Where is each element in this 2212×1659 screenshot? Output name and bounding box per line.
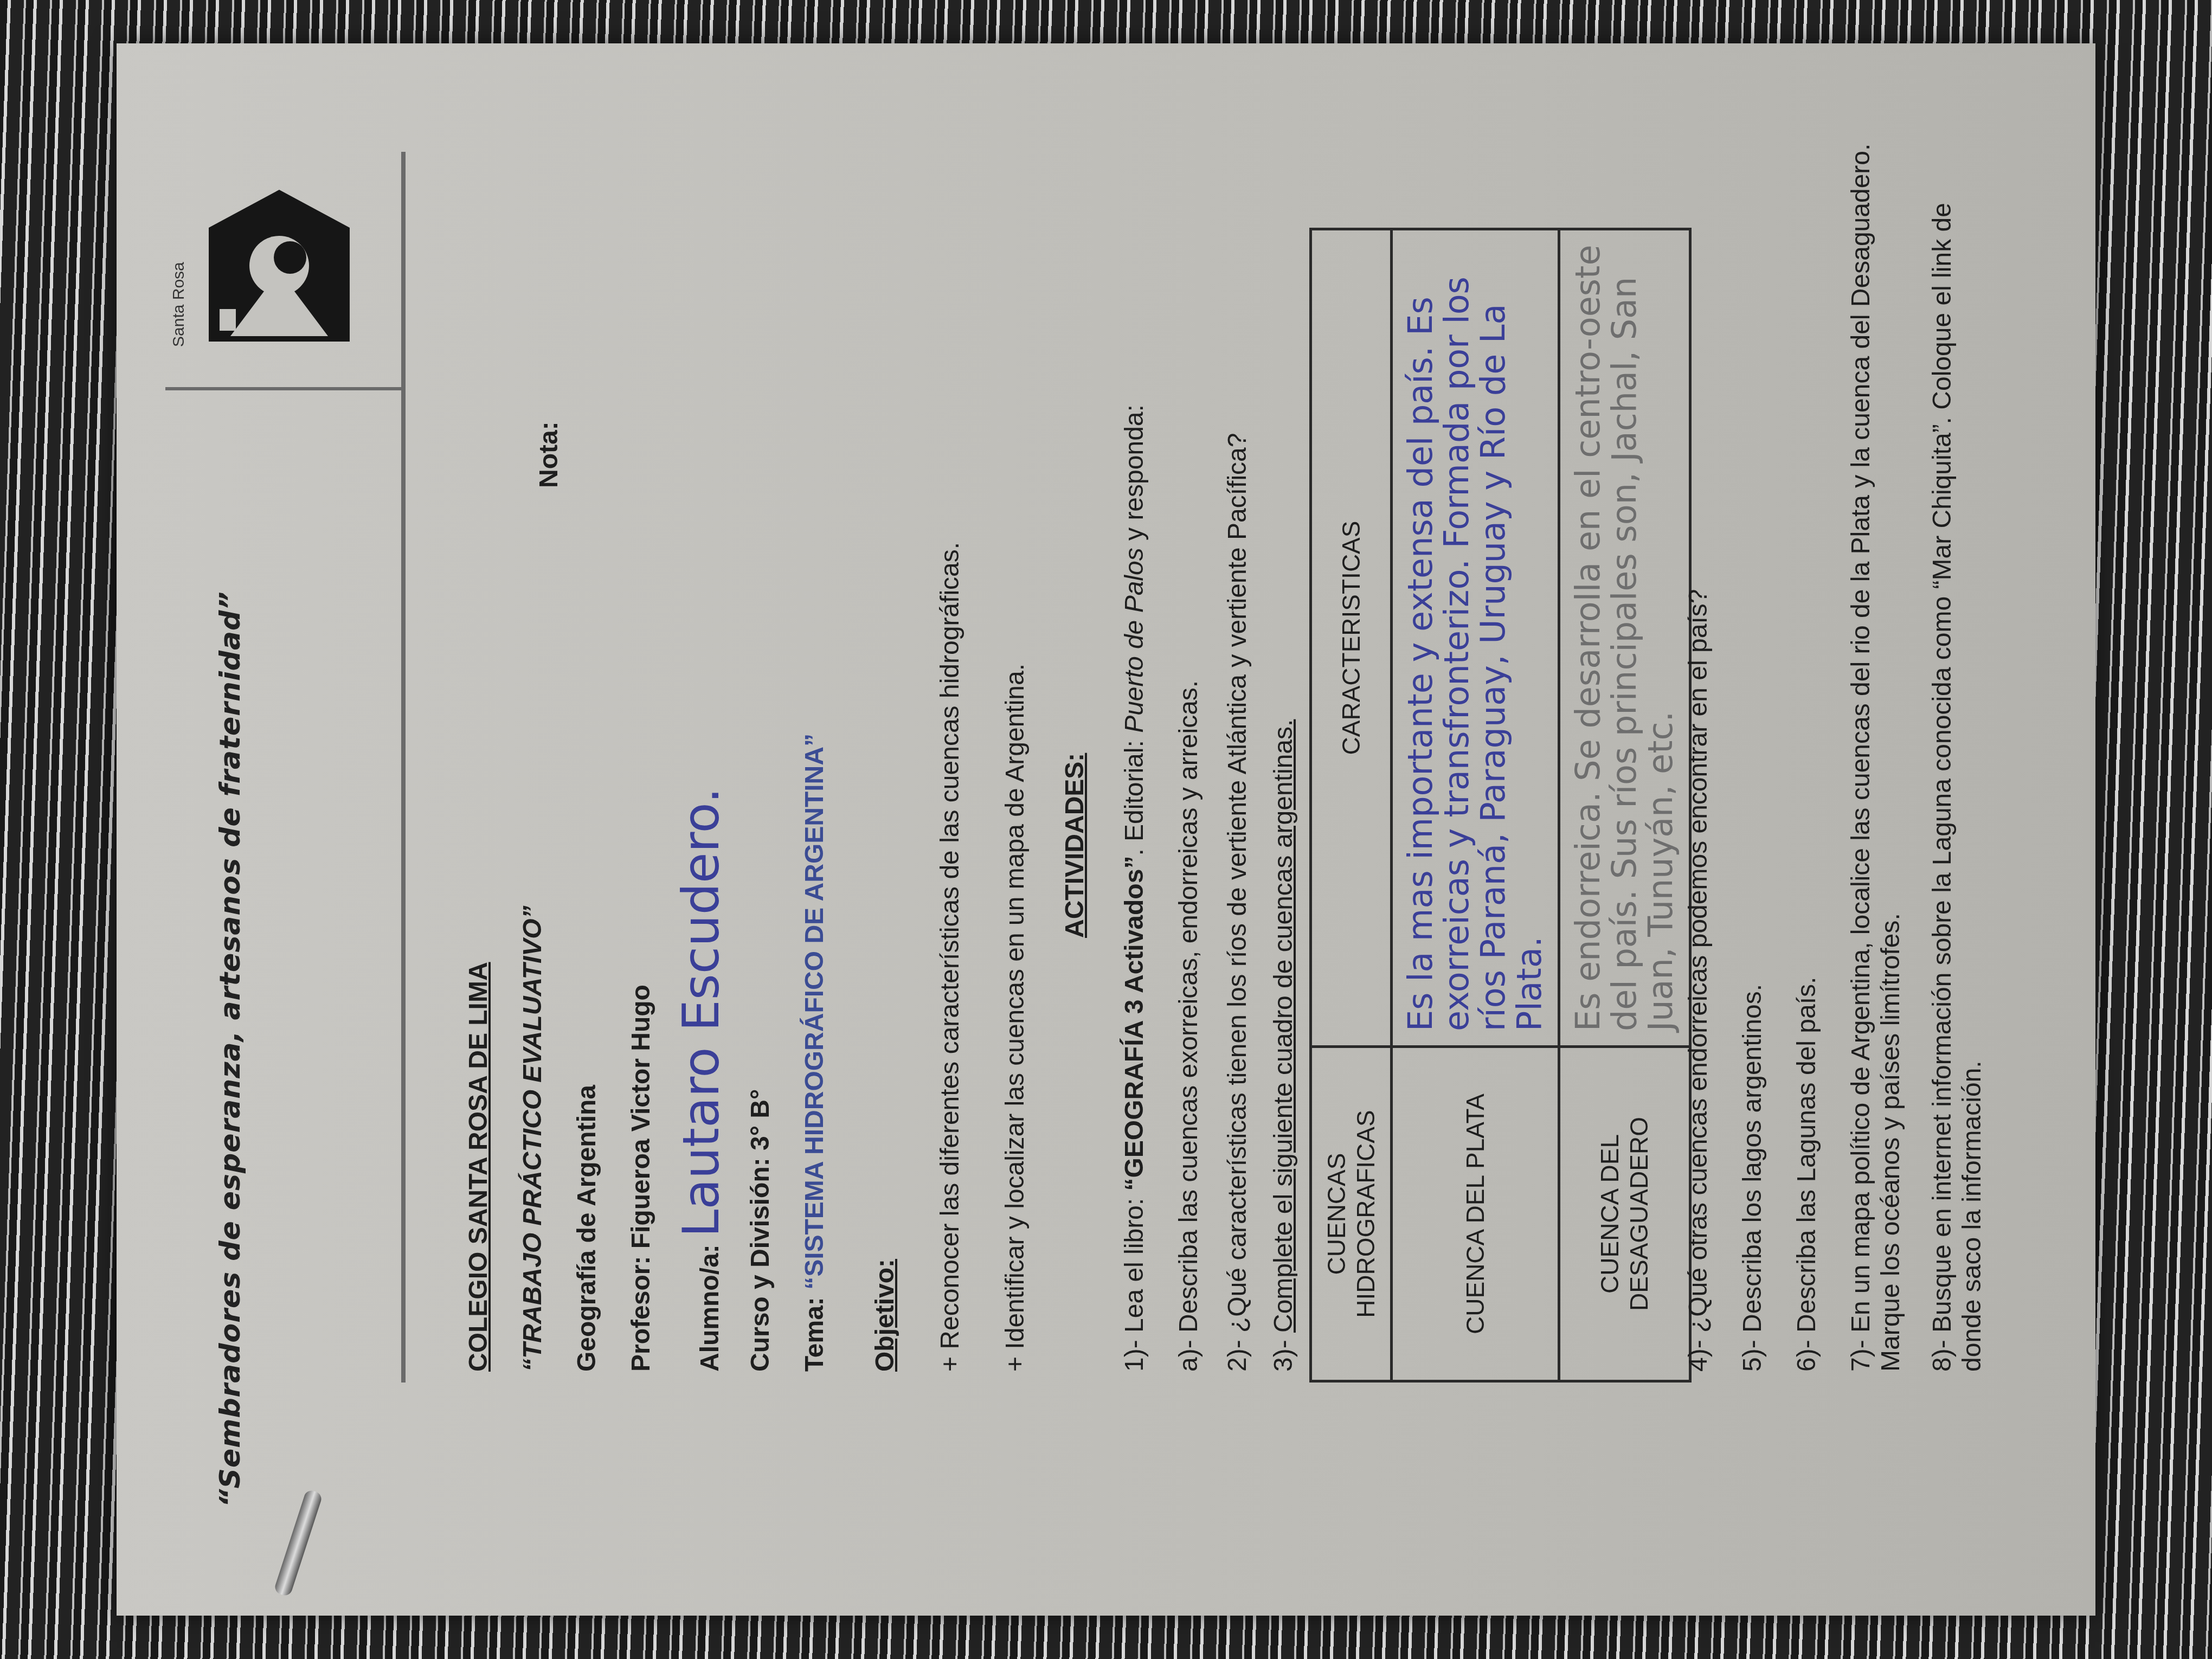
- publisher: Puerto de Palos: [1120, 548, 1149, 733]
- subject: Geografía de Argentina: [572, 1085, 602, 1372]
- table-header-basins: CUENCAS HIDROGRAFICAS: [1311, 1047, 1392, 1381]
- table-header-characteristics: CARACTERISTICAS: [1311, 229, 1392, 1047]
- question-3: 3)- Complete el siguiente cuadro de cuen…: [1269, 719, 1298, 1372]
- student-name-handwritten: Lautaro Escudero.: [672, 788, 730, 1237]
- table-row: CUENCA DEL PLATA Es la mas importante y …: [1392, 229, 1559, 1381]
- basin-name: CUENCA DEL DESAGUADERO: [1559, 1047, 1690, 1381]
- grade-label: Nota:: [534, 421, 564, 488]
- school-name: COLEGIO SANTA ROSA DE LIMA: [464, 962, 493, 1372]
- table-row: CUENCA DEL DESAGUADERO Es endorreica. Se…: [1559, 229, 1690, 1381]
- question-8-line1: 8)- Busque en internet información sobre…: [1927, 203, 1957, 1372]
- staple: [273, 1489, 323, 1597]
- question-1-mid: . Editorial:: [1120, 733, 1149, 856]
- question-7-line2: Marque los océanos y países limítrofes.: [1876, 913, 1906, 1372]
- student-line: Alumno/a: Lautaro Escudero.: [672, 788, 730, 1372]
- question-7-line1: 7)- En un mapa político de Argentina, lo…: [1846, 144, 1876, 1372]
- question-1-suffix: y responda:: [1120, 404, 1149, 548]
- topic-label: Tema:: [800, 1297, 829, 1372]
- activities-heading: ACTIVIDADES:: [1060, 753, 1090, 938]
- table-header-row: CUENCAS HIDROGRAFICAS CARACTERISTICAS: [1311, 229, 1392, 1381]
- question-3-text: Complete el siguiente cuadro de cuencas …: [1269, 719, 1298, 1333]
- question-5: 5)- Describa los lagos argentinos.: [1738, 984, 1767, 1372]
- question-6: 6)- Describa las Lagunas del país.: [1792, 977, 1822, 1372]
- work-title: “TRABAJO PRÁCTICO EVALUATIVO”: [518, 905, 548, 1372]
- question-a: a)- Describa las cuencas exorreicas, end…: [1174, 680, 1204, 1372]
- teacher-name: Figueroa Victor Hugo: [627, 985, 655, 1249]
- worksheet-page: “Sembradores de esperanza, artesanos de …: [117, 43, 2095, 1616]
- objective-item: + Identificar y localizar las cuencas en…: [1000, 664, 1030, 1372]
- logo-caption: Santa Rosa: [170, 262, 188, 347]
- question-1: 1)- Lea el libro: “GEOGRAFÍA 3 Activados…: [1120, 404, 1149, 1372]
- school-motto: “Sembradores de esperanza, artesanos de …: [214, 591, 247, 1507]
- question-1-prefix: 1)- Lea el libro:: [1120, 1191, 1149, 1372]
- basin-name: CUENCA DEL PLATA: [1392, 1047, 1559, 1381]
- question-8-line2: donde saco la información.: [1957, 1060, 1987, 1372]
- teacher-label: Profesor:: [627, 1256, 655, 1372]
- teacher-line: Profesor: Figueroa Victor Hugo: [626, 985, 656, 1372]
- topic-line: Tema: “SISTEMA HIDROGRÁFICO DE ARGENTINA…: [800, 734, 829, 1372]
- basin-answer-handwritten[interactable]: Es la mas importante y extensa del país.…: [1392, 229, 1559, 1047]
- course-value: 3° B°: [746, 1089, 775, 1150]
- question-4: 4)- ¿Qué otras cuencas endorreicas podem…: [1683, 589, 1713, 1372]
- header-divider-vertical: [165, 387, 404, 390]
- school-crest-icon: [198, 184, 361, 352]
- objectives-heading: Objetivo:: [870, 1259, 900, 1372]
- basins-table: CUENCAS HIDROGRAFICAS CARACTERISTICAS CU…: [1309, 228, 1692, 1382]
- topic-value: “SISTEMA HIDROGRÁFICO DE ARGENTINA”: [800, 734, 829, 1290]
- header-divider: [401, 152, 406, 1382]
- course-line: Curso y División: 3° B°: [745, 1089, 775, 1372]
- student-label: Alumno/a:: [696, 1244, 724, 1372]
- objective-item: + Reconocer las diferentes característic…: [935, 542, 965, 1372]
- course-label: Curso y División:: [746, 1158, 775, 1372]
- basin-answer-handwritten[interactable]: Es endorreica. Se desarrolla en el centr…: [1559, 229, 1690, 1047]
- book-title: “GEOGRAFÍA 3 Activados”: [1120, 856, 1149, 1191]
- question-3-prefix: 3)-: [1269, 1333, 1298, 1372]
- question-2: 2)- ¿Qué características tienen los ríos…: [1223, 433, 1252, 1372]
